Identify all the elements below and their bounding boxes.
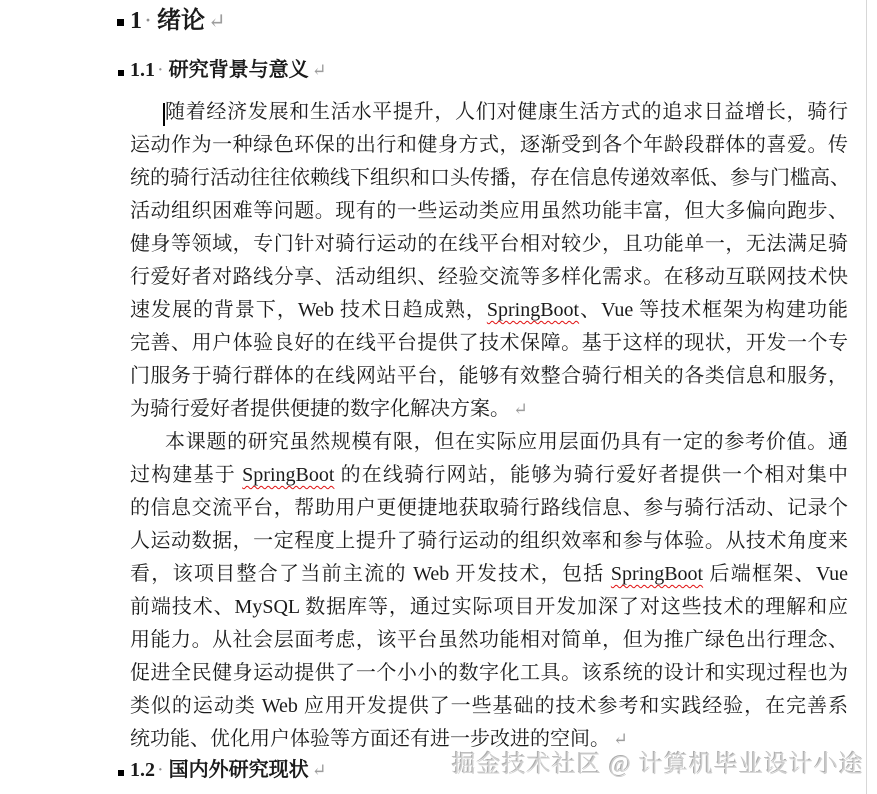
text-line: 过构建基于 SpringBoot 的在线骑行网站，能够为骑行爱好者提供一个相对集…: [130, 459, 848, 492]
text-line: 本课题的研究虽然规模有限，但在实际应用层面仍具有一定的参考价值。通: [130, 426, 848, 459]
heading-chapter-1: 1·绪论↵: [130, 6, 848, 36]
paragraph-mark-icon: ↵: [312, 60, 327, 80]
text-line: 类似的运动类 Web 应用开发提供了一些基础的技术参考和实践经验，在完善系: [130, 690, 848, 723]
text-line: 行爱好者对路线分享、活动组织、经验交流等多样化需求。在移动互联网技术快: [130, 261, 848, 294]
text-line-content: 为骑行爱好者提供便捷的数字化解决方案。: [130, 398, 510, 420]
paragraph-mark-icon: ↵: [208, 9, 226, 33]
heading-title: 绪论: [157, 8, 205, 34]
page-edge-line: [866, 0, 867, 794]
text-line: 促进全民健身运动提供了一个小小的数字化工具。该系统的设计和实现过程也为: [130, 657, 848, 690]
text-line: 用能力。从社会层面考虑，该平台虽然功能相对简单，但为推广绿色出行理念、: [130, 624, 848, 657]
paragraph-2: 本课题的研究虽然规模有限，但在实际应用层面仍具有一定的参考价值。通 过构建基于 …: [130, 426, 848, 756]
text-line: 看，该项目整合了当前主流的 Web 开发技术，包括 SpringBoot 后端框…: [130, 558, 848, 591]
heading-bullet-icon: [117, 19, 124, 26]
text-cursor: [163, 103, 165, 126]
text-line: 的信息交流平台，帮助用户更便捷地获取骑行路线信息、参与骑行活动、记录个: [130, 492, 848, 525]
text-line: 速发展的背景下，Web 技术日趋成熟，SpringBoot、Vue 等技术框架为…: [130, 294, 848, 327]
heading-number: 1: [130, 8, 142, 34]
space-mark-icon: ·: [144, 8, 152, 34]
paragraph-mark-icon: ↵: [312, 760, 327, 780]
document-content: 1·绪论↵ 1.1·研究背景与意义↵ 随着经济发展和生活水平提升，人们对健康生活…: [130, 6, 848, 784]
heading-number: 1.1: [130, 59, 155, 81]
heading-number: 1.2: [130, 759, 155, 781]
text-line: 为骑行爱好者提供便捷的数字化解决方案。↵: [130, 393, 848, 426]
heading-title: 研究背景与意义: [169, 59, 309, 81]
text-line: 随着经济发展和生活水平提升，人们对健康生活方式的追求日益增长，骑行: [130, 96, 848, 129]
heading-section-1-1: 1.1·研究背景与意义↵: [130, 56, 848, 84]
watermark: 掘金技术社区 @ 计算机毕业设计小途: [452, 744, 864, 779]
space-mark-icon: ·: [157, 59, 164, 81]
text-line: 前端技术、MySQL 数据库等，通过实际项目开发加深了对这些技术的理解和应: [130, 591, 848, 624]
text-line: 活动组织困难等问题。现有的一些运动类应用虽然功能丰富，但大多偏向跑步、: [130, 195, 848, 228]
paragraph-1: 随着经济发展和生活水平提升，人们对健康生活方式的追求日益增长，骑行 运动作为一种…: [130, 96, 848, 426]
text-line: 健身等领域，专门针对骑行运动的在线平台相对较少，且功能单一，无法满足骑: [130, 228, 848, 261]
text-line: 门服务于骑行群体的在线网站平台，能够有效整合骑行相关的各类信息和服务，: [130, 360, 848, 393]
heading-title: 国内外研究现状: [169, 759, 309, 781]
space-mark-icon: ·: [157, 759, 164, 781]
text-line: 运动作为一种绿色环保的出行和健身方式，逐渐受到各个年龄段群体的喜爱。传: [130, 129, 848, 162]
text-line: 人运动数据，一定程度上提升了骑行运动的组织效率和参与体验。从技术角度来: [130, 525, 848, 558]
document-page: 1·绪论↵ 1.1·研究背景与意义↵ 随着经济发展和生活水平提升，人们对健康生活…: [0, 0, 877, 794]
text-line: 完善、用户体验良好的在线平台提供了技术保障。基于这样的现状，开发一个专: [130, 327, 848, 360]
paragraph-mark-icon: ↵: [513, 399, 528, 419]
heading-bullet-icon: [118, 770, 124, 776]
text-line: 统的骑行活动往往依赖线下组织和口头传播，存在信息传递效率低、参与门槛高、: [130, 162, 848, 195]
heading-bullet-icon: [118, 70, 124, 76]
